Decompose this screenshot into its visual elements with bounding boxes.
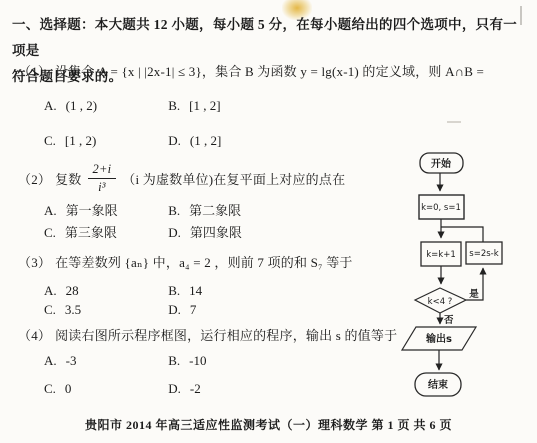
fraction-denominator: i³ [88, 179, 117, 194]
question-1-option-c: C.[1 , 2) [44, 133, 165, 149]
scan-artifact-dash [447, 121, 461, 123]
question-4-stem: （4）阅读右图所示程序框图，运行相应的程序，输出 s 的值等于 [18, 325, 397, 344]
question-3-option-b: B.14 [168, 283, 202, 299]
init-node-label: k=0, s=1 [421, 203, 461, 213]
question-3-option-c: C.3.5 [44, 302, 165, 318]
section-header-line1: 一、选择题：本大题共 12 小题，每小题 5 分，在每小题给出的四个选项中，只有… [12, 12, 526, 64]
question-1-options-row-1: A.(1 , 2) B.[1 , 2] [44, 98, 221, 114]
question-1-stem: （1）设集合 A = {x | |2x-1| ≤ 3}，集合 B 为函数 y =… [18, 61, 484, 80]
question-4-number: （4） [18, 328, 51, 343]
question-2-option-c: C.第三象限 [44, 222, 165, 241]
question-1-option-d: D.(1 , 2] [168, 133, 221, 149]
question-2-options-row-1: A.第一象限 B.第二象限 [44, 200, 241, 219]
question-1-text: 设集合 A = {x | |2x-1| ≤ 3}，集合 B 为函数 y = lg… [55, 64, 484, 79]
flow-feedback-line [441, 227, 483, 242]
condition-node-label: k<4 ? [428, 297, 453, 307]
increment-node-label: k=k+1 [426, 250, 456, 260]
question-4-option-c: C.0 [44, 381, 165, 397]
question-3-text: 在等差数列 {aₙ} 中，a₄ = 2 ，则前 7 项的和 S₇ 等于 [55, 255, 353, 270]
question-3-options-row-2: C.3.5 D.7 [44, 302, 196, 318]
question-2-stem: （2） 复数 2+i i³ （i 为虚数单位)在复平面上对应的点在 [18, 158, 345, 198]
question-3-option-a: A.28 [44, 283, 165, 299]
question-3-number: （3） [18, 255, 51, 270]
branch-no-label: 否 [444, 314, 454, 326]
fraction-numerator: 2+i [88, 162, 117, 178]
complex-fraction: 2+i i³ [88, 162, 117, 194]
question-1-number: （1） [18, 64, 51, 79]
question-3-option-d: D.7 [168, 302, 196, 318]
question-2-text-prefix: 复数 [55, 169, 81, 188]
question-2-number: （2） [18, 169, 51, 188]
question-3-options-row-1: A.28 B.14 [44, 283, 202, 299]
end-node-label: 结束 [428, 378, 448, 391]
page-footer: 贵阳市 2014 年高三适应性监测考试（一）理科数学 第 1 页 共 6 页 [0, 416, 537, 433]
exam-paper-page: 一、选择题：本大题共 12 小题，每小题 5 分，在每小题给出的四个选项中，只有… [0, 0, 537, 443]
question-4-option-a: A.-3 [44, 353, 165, 369]
question-2-option-b: B.第二象限 [168, 200, 241, 219]
question-2-option-a: A.第一象限 [44, 200, 165, 219]
question-1-option-a: A.(1 , 2) [44, 98, 165, 114]
program-flowchart: 开始 k=0, s=1 k=k+1 s=2s-k k<4 ? 是 否 输出s 结… [393, 148, 518, 400]
question-2-options-row-2: C.第三象限 D.第四象限 [44, 222, 242, 241]
branch-yes-label: 是 [469, 288, 479, 300]
question-1-options-row-2: C.[1 , 2) D.(1 , 2] [44, 133, 221, 149]
question-4-option-b: B.-10 [168, 353, 206, 369]
start-node-label: 开始 [431, 157, 452, 170]
question-1-option-b: B.[1 , 2] [168, 98, 220, 114]
question-4-options-row-2: C.0 D.-2 [44, 381, 201, 397]
question-4-text: 阅读右图所示程序框图，运行相应的程序，输出 s 的值等于 [55, 328, 397, 343]
question-2-text-suffix: （i 为虚数单位)在复平面上对应的点在 [122, 169, 345, 188]
output-node-label: 输出s [425, 332, 452, 345]
question-4-options-row-1: A.-3 B.-10 [44, 353, 207, 369]
question-2-option-d: D.第四象限 [168, 222, 242, 241]
update-node-label: s=2s-k [469, 249, 498, 259]
question-4-option-d: D.-2 [168, 381, 200, 397]
question-3-stem: （3）在等差数列 {aₙ} 中，a₄ = 2 ，则前 7 项的和 S₇ 等于 [18, 252, 353, 271]
